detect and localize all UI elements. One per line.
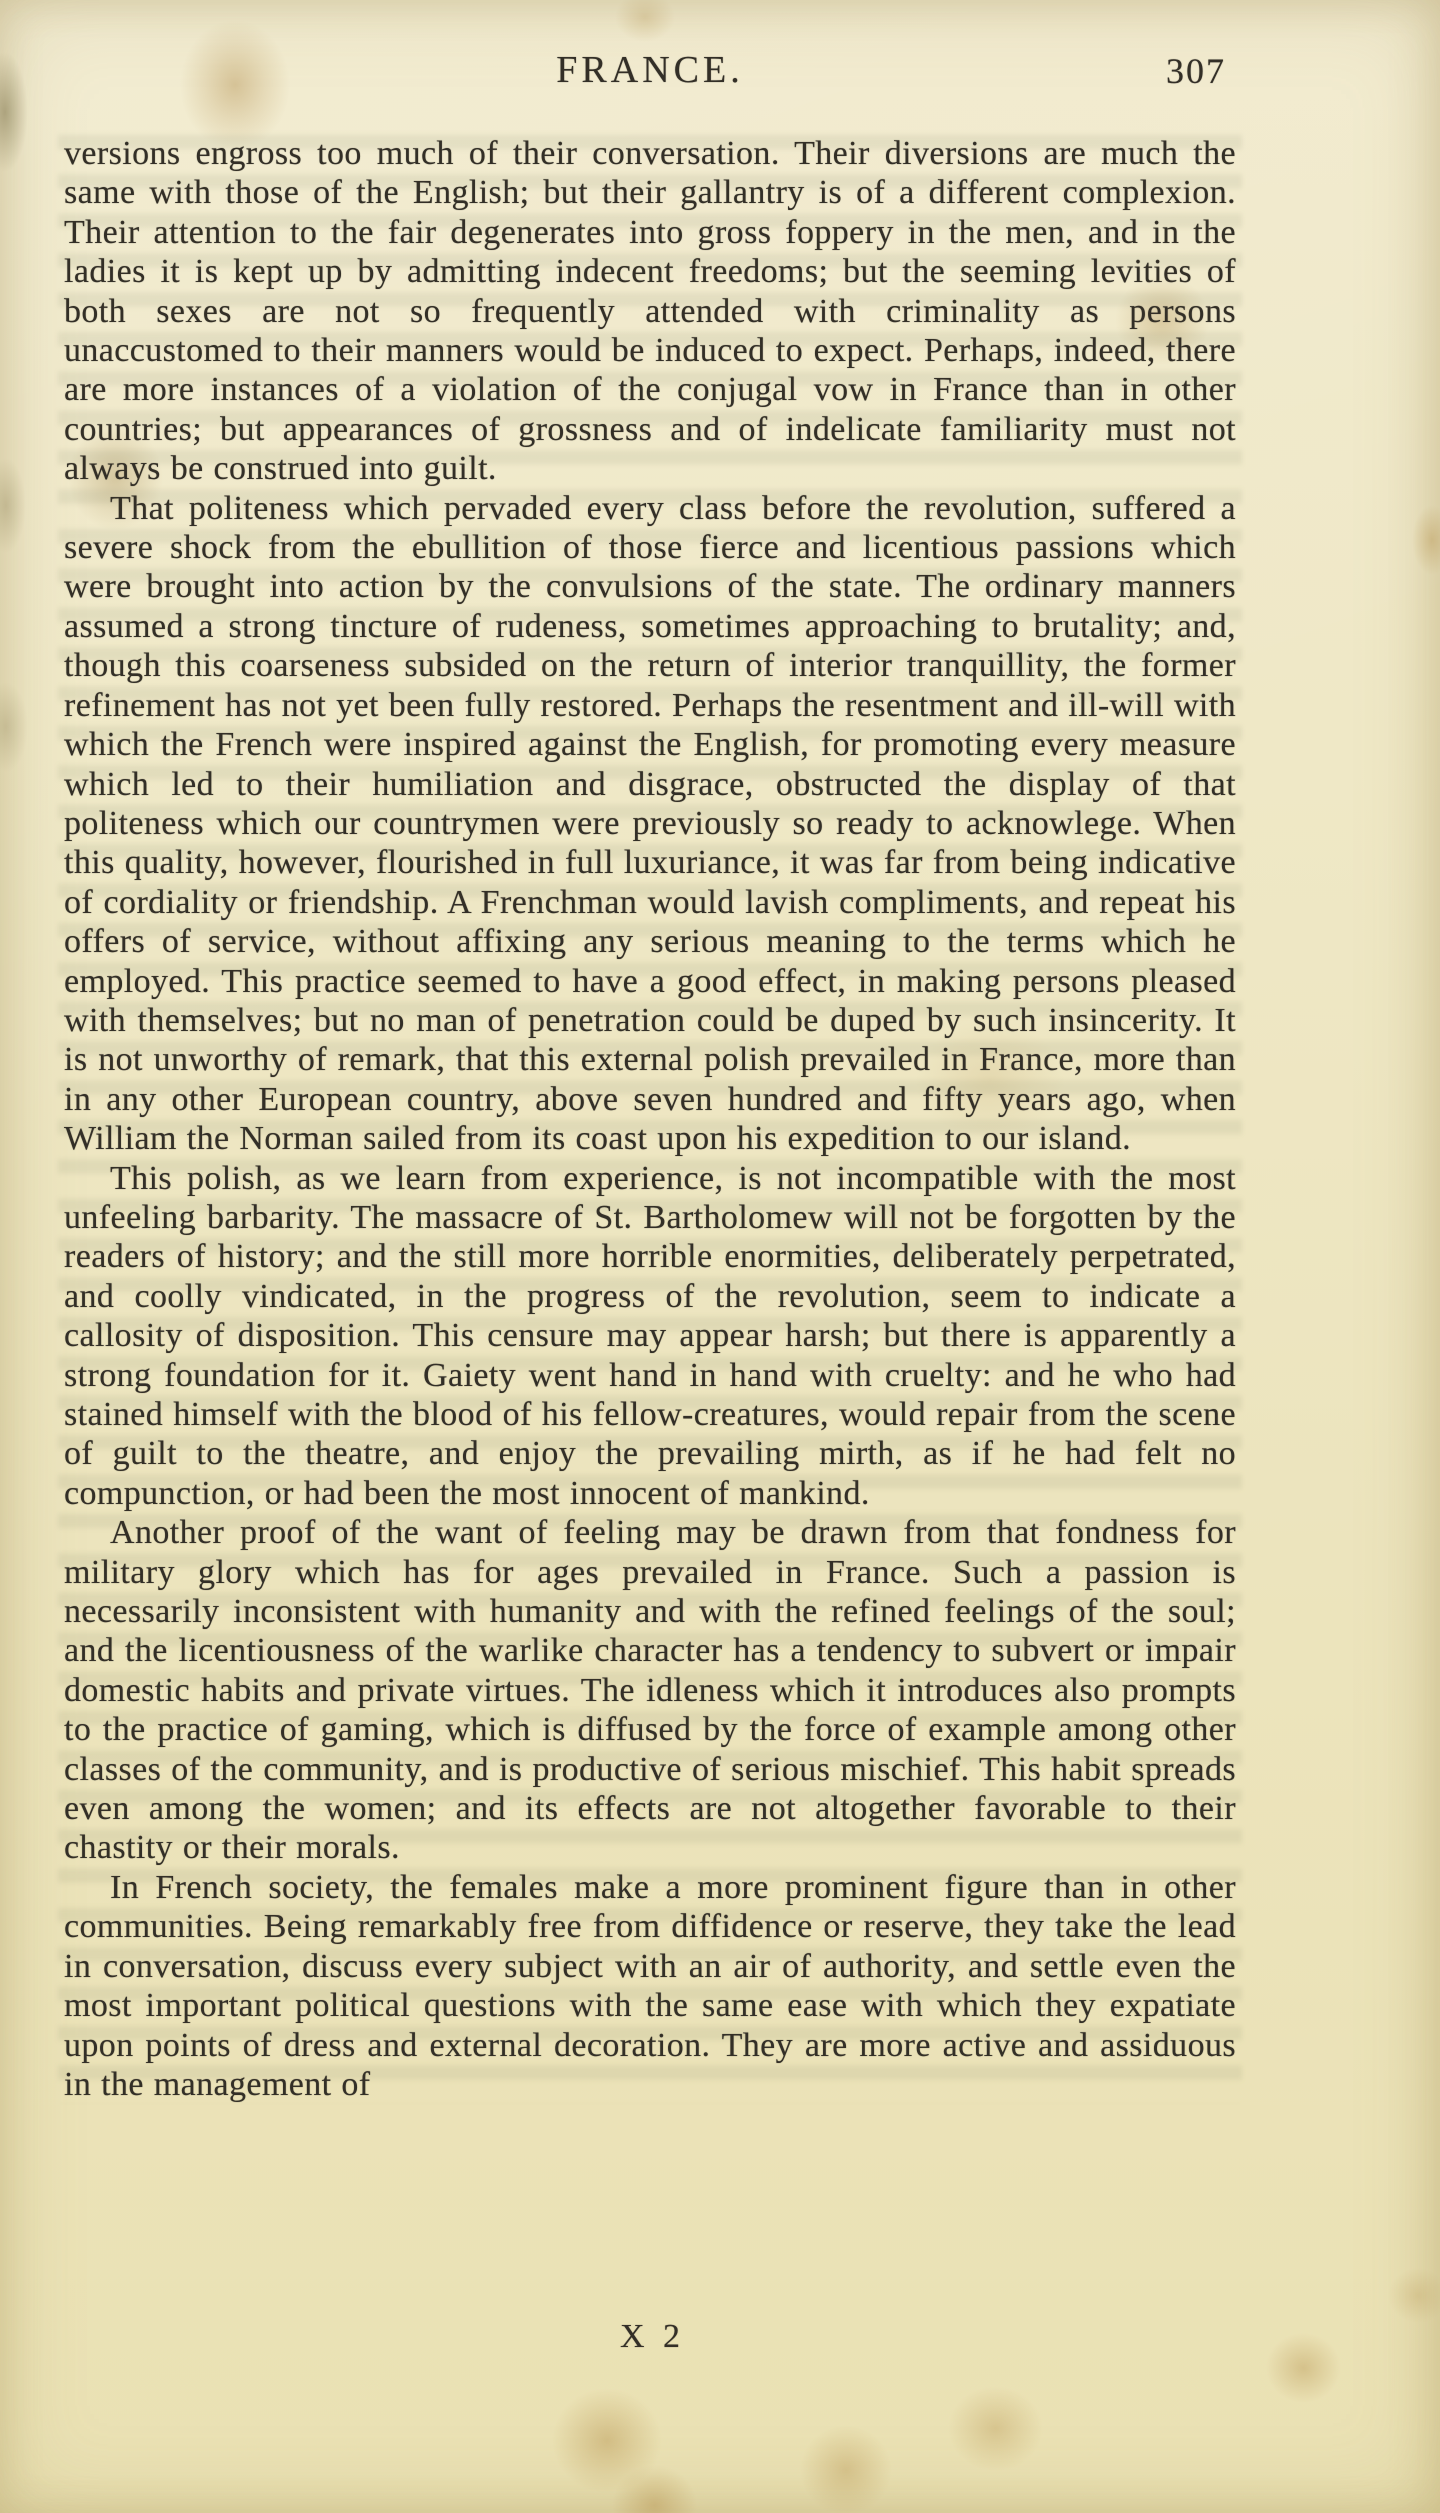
signature-mark: X 2 <box>64 2318 1236 2356</box>
book-page-scan: FRANCE. 307 versions engross too much of… <box>0 0 1440 2513</box>
paragraph-5: In French society, the females make a mo… <box>64 1868 1236 2104</box>
paragraph-1: versions engross too much of their conve… <box>64 134 1236 489</box>
page-number: 307 <box>1166 50 1226 92</box>
paragraph-2: That politeness which pervaded every cla… <box>64 489 1236 1159</box>
running-title: FRANCE. <box>64 48 1236 92</box>
body-text: versions engross too much of their conve… <box>64 134 1236 2104</box>
paragraph-3: This polish, as we learn from experience… <box>64 1159 1236 1514</box>
running-head: FRANCE. 307 <box>64 48 1236 100</box>
paragraph-4: Another proof of the want of feeling may… <box>64 1513 1236 1868</box>
